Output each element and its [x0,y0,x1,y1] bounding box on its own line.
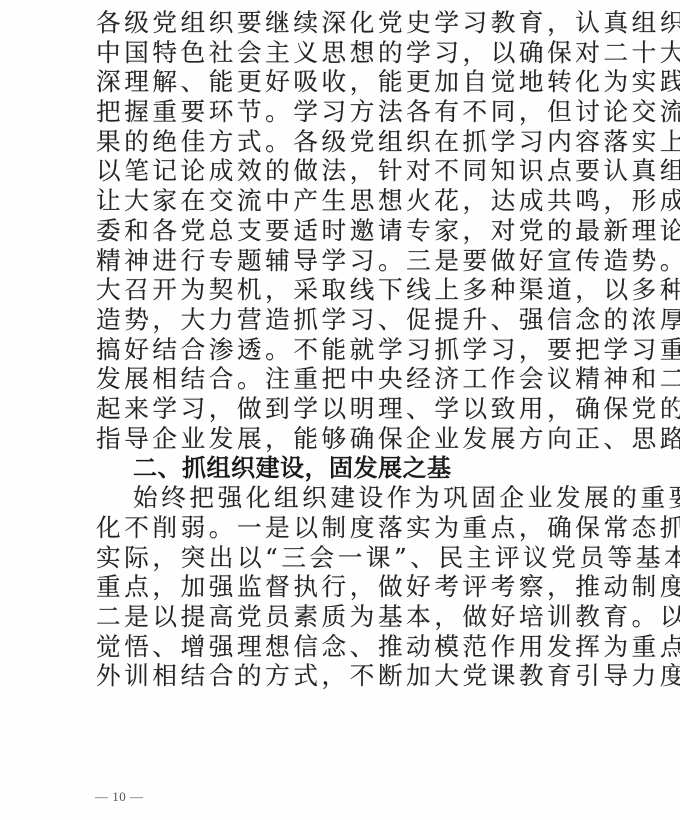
text-line: 中国特色社会主义思想的学习，以确保对二十大报告内容有更 [96,38,606,68]
text-line: 发展相结合。注重把中央经济工作会议精神和二十大精神结合 [96,364,606,394]
page-number: — 10 — [95,789,144,805]
text-line: 把握重要环节。学习方法各有不同，但讨论交流是提升学习效 [96,97,606,127]
text-line: 深理解、能更好吸收，能更加自觉地转化为实践行动。二是要 [96,67,606,97]
text-line: 搞好结合渗透。不能就学习抓学习，要把学习重点与企业建设 [96,335,606,365]
document-body: 各级党组织要继续深化党史学习教育，认真组织习近平新时代 中国特色社会主义思想的学… [96,8,606,691]
section-heading: 二、抓组织建设，固发展之基 [96,453,606,483]
document-page: 各级党组织要继续深化党史学习教育，认真组织习近平新时代 中国特色社会主义思想的学… [0,0,680,820]
text-line: 委和各党总支要适时邀请专家，对党的最新理论成果和二十大 [96,216,606,246]
text-line: 指导企业发展，能够确保企业发展方向正、思路清。 [96,424,606,454]
text-line: 始终把强化组织建设作为巩固企业发展的重要抓手，只强 [96,483,606,513]
text-line: 外训相结合的方式，不断加大党课教育引导力度，逐步提升党 [96,661,606,691]
text-line: 果的绝佳方式。各级党组织在抓学习内容落实上，要坚决克服 [96,127,606,157]
text-line: 实际，突出以“三会一课”、民主评议党员等基本制度落实为 [96,543,606,573]
text-line: 觉悟、增强理想信念、推动模范作用发挥为重点，采取内训与 [96,632,606,662]
text-line: 二是以提高党员素质为基本，做好培训教育。以提升党员党性 [96,602,606,632]
text-line: 各级党组织要继续深化党史学习教育，认真组织习近平新时代 [96,8,606,38]
text-line: 重点，加强监督执行，做好考评考察，推动制度落实成为常态。 [96,572,606,602]
text-line: 起来学习，做到学以明理、学以致用，确保党的政策能够更好 [96,394,606,424]
text-line: 造势，大力营造抓学习、促提升、强信念的浓厚氛围。四是要 [96,305,606,335]
text-line: 以笔记论成效的做法，针对不同知识点要认真组织讨论交流， [96,156,606,186]
text-line: 大召开为契机，采取线下线上多种渠道，以多种媒介进行宣传 [96,275,606,305]
text-line: 让大家在交流中产生思想火花，达成共鸣，形成共识。集团党 [96,186,606,216]
text-line: 精神进行专题辅导学习。三是要做好宣传造势。要以迎接二十 [96,246,606,276]
text-line: 化不削弱。一是以制度落实为重点，确保常态抓建。结合企业 [96,513,606,543]
